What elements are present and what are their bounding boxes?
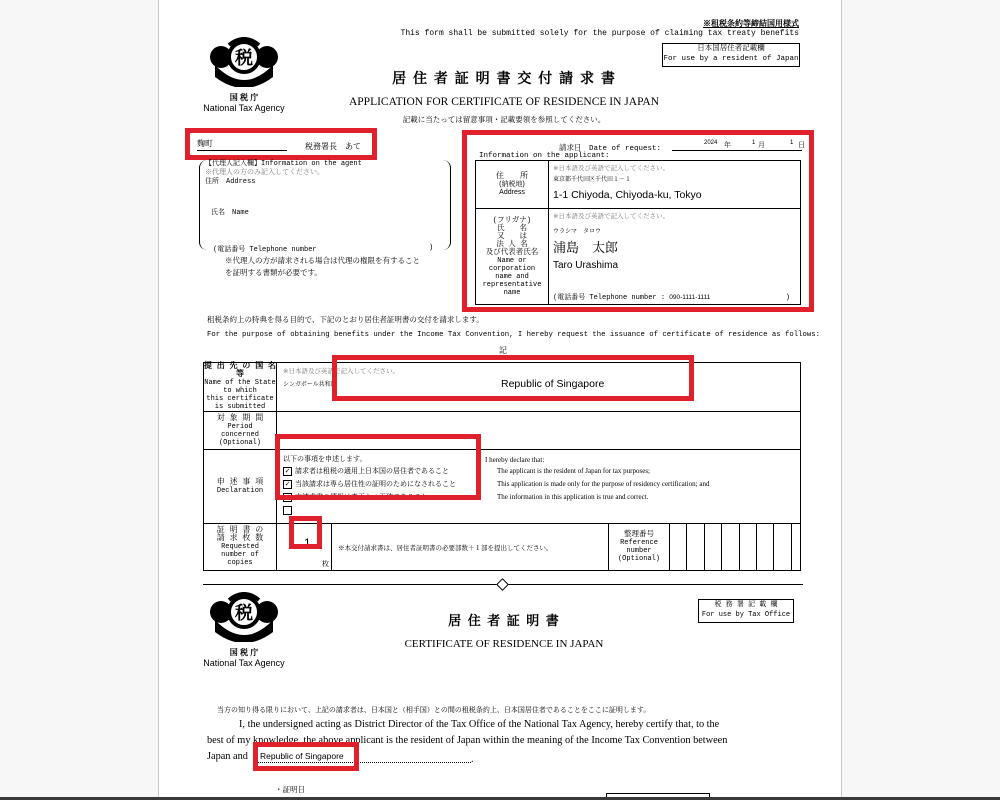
reference-label: 整理番号 Reference number (Optional): [609, 524, 670, 570]
application-title-en: APPLICATION FOR CERTIFICATE OF RESIDENCE…: [319, 96, 689, 108]
divider-diamond-icon: [496, 578, 509, 591]
certificate-date-label: ・証明日: [275, 784, 305, 795]
declaration-en: This application is made only for the pu…: [497, 478, 709, 491]
copies-label-en-3: copies: [204, 559, 276, 567]
period-label-en-3: (Optional): [204, 439, 276, 447]
application-instruction: 記載に当たっては留意事項・記載要領を参照してください。: [319, 114, 689, 125]
reference-number-cell[interactable]: [739, 524, 756, 570]
declaration-en: The applicant is the resident of Japan f…: [497, 465, 650, 478]
highlight-copies: [289, 516, 322, 549]
agency-name-jp-2: 国 税 庁: [209, 647, 279, 658]
reference-number-cell[interactable]: [774, 524, 791, 570]
certificate-title-jp: 居 住 者 証 明 書: [319, 610, 689, 629]
highlight-certificate-state: [253, 742, 359, 771]
declaration-label-cell: 申 述 事 項 Declaration: [204, 450, 277, 524]
declaration-intro-en: I hereby declare that:: [485, 456, 544, 464]
reference-label-jp: 整理番号: [609, 531, 669, 539]
declaration-label-en: Declaration: [204, 487, 276, 495]
agent-phone-close: ): [429, 244, 433, 252]
certificate-statement-en-1: I, the undersigned acting as District Di…: [239, 719, 719, 730]
reference-label-en-3: (Optional): [609, 555, 669, 563]
certificate-statement-jp: 当方の知り得る限りにおいて、上記の請求者は、日本国と（相手国）との間の租税条約上…: [217, 705, 650, 715]
reference-cell: 整理番号 Reference number (Optional): [609, 524, 801, 571]
copies-label-cell: 証 明 書 の 請 求 枚 数 Requested number of copi…: [204, 524, 277, 571]
state-label-en-1: Name of the State to which: [204, 379, 276, 395]
certificate-title-en: CERTIFICATE OF RESIDENCE IN JAPAN: [319, 638, 689, 650]
highlight-declarations: [275, 434, 481, 500]
form-type-label: ※租税条約等締結国用様式: [703, 18, 799, 29]
tax-office-box-en: For use by Tax Office: [699, 610, 793, 620]
nta-logo-icon: 税: [209, 592, 279, 642]
reference-number-cell[interactable]: [722, 524, 739, 570]
reference-label-en-2: number: [609, 547, 669, 555]
resident-use-box-en: For use by a resident of Japan: [663, 54, 799, 64]
highlight-tax-office: [185, 128, 377, 160]
agency-logo-block: 税 国 税 庁 National Tax Agency: [209, 37, 279, 112]
copies-label-en-2: number of: [204, 551, 276, 559]
state-label-en-2: this certificate is submitted: [204, 395, 276, 411]
state-label-cell: 提 出 先 の 国 名 等 Name of the State to which…: [204, 363, 277, 412]
purpose-jp: 租税条約上の特典を得る目的で、下記のとおり居住者証明書の交付を請求します。: [207, 314, 484, 325]
statement-suffix: .: [471, 754, 474, 765]
highlight-applicant: [462, 130, 814, 312]
resident-use-box: 日本国居住者記載欄 For use by a resident of Japan: [662, 43, 800, 67]
agency-name-jp: 国 税 庁: [209, 92, 279, 103]
reference-number-cell[interactable]: [670, 524, 687, 570]
agent-phone-label: (電話番号 Telephone number: [213, 244, 317, 254]
document-page: ※租税条約等締結国用様式 This form shall be submitte…: [158, 0, 842, 800]
certificate-statement-en-3: Japan and: [207, 751, 248, 762]
agent-heading: 【代理人記入欄】Information on the agent: [205, 160, 362, 169]
tax-office-box-jp: 税 務 署 記 載 欄: [699, 600, 793, 610]
period-label-cell: 対 象 期 間 Period concerned (Optional): [204, 412, 277, 450]
copies-note: ※本交付請求書は、居住者証明書の必要部数＋１部を提出してください。: [332, 524, 609, 571]
agency-name-en-2: National Tax Agency: [201, 658, 287, 668]
tax-office-use-box: 税 務 署 記 載 欄 For use by Tax Office: [698, 599, 794, 623]
reference-label-en-1: Reference: [609, 539, 669, 547]
period-label-en-1: Period: [204, 423, 276, 431]
period-label-jp: 対 象 期 間: [204, 415, 276, 423]
reference-number-cell[interactable]: [756, 524, 773, 570]
period-label-en-2: concerned: [204, 431, 276, 439]
resident-use-box-jp: 日本国居住者記載欄: [663, 44, 799, 54]
svg-text:税: 税: [234, 47, 253, 69]
application-title-jp: 居 住 者 証 明 書 交 付 請 求 書: [319, 68, 689, 88]
nta-logo-icon: 税: [209, 37, 279, 87]
purpose-en: For the purpose of obtaining benefits un…: [207, 331, 820, 339]
agent-note: ※代理人の方のみ記入してください。: [205, 169, 362, 178]
copies-label-jp-2: 請 求 枚 数: [204, 535, 276, 543]
declaration-label-jp: 申 述 事 項: [204, 479, 276, 487]
agent-authority-note-2: を証明する書類が必要です。: [225, 268, 420, 280]
state-label-jp: 提 出 先 の 国 名 等: [204, 363, 276, 379]
reference-number-cell[interactable]: [704, 524, 721, 570]
agent-address-field[interactable]: [259, 178, 439, 198]
agency-logo-block-2: 税 国 税 庁 National Tax Agency: [209, 592, 279, 667]
agent-name-label: 氏名 Name: [211, 207, 249, 217]
copies-label-en-1: Requested: [204, 543, 276, 551]
copies-unit: 枚: [322, 559, 329, 569]
extra-checkbox[interactable]: [283, 506, 292, 515]
agent-authority-note: ※代理人の方が請求される場合は代理の権限を有すること を証明する書類が必要です。: [225, 256, 420, 280]
reference-number-cell[interactable]: [687, 524, 704, 570]
form-notice: This form shall be submitted solely for …: [401, 29, 799, 38]
reference-number-cell[interactable]: [791, 524, 800, 570]
agency-name-en: National Tax Agency: [201, 103, 287, 113]
highlight-state: [332, 355, 694, 401]
statement-prefix: Japan and: [207, 751, 248, 762]
svg-text:税: 税: [234, 602, 253, 624]
agent-name-field[interactable]: [259, 204, 439, 224]
declaration-en: The information in this application is t…: [497, 491, 648, 504]
agent-authority-note-1: ※代理人の方が請求される場合は代理の権限を有すること: [225, 256, 420, 268]
